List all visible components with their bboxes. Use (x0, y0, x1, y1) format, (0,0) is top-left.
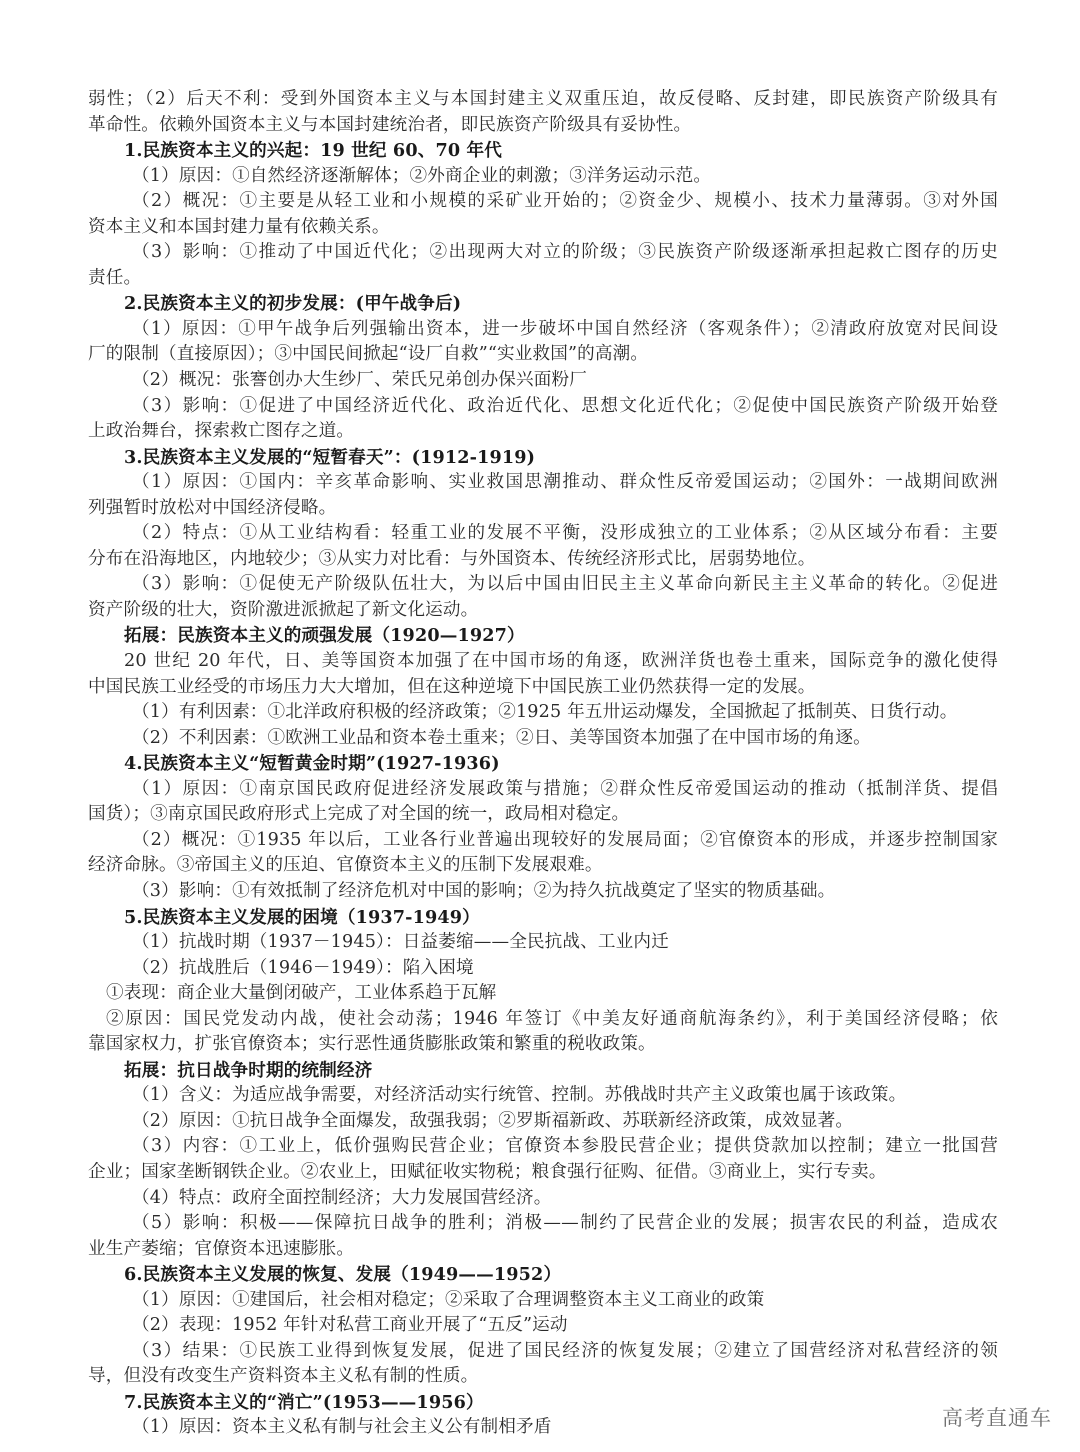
text-line: 上政治舞台，探索救亡图存之道。 (88, 419, 998, 445)
text-line: （2）概况：①主要是从轻工业和小规模的采矿业开始的；②资金少、规模小、技术力量薄… (88, 189, 998, 215)
text-line: 导，但没有改变生产资料资本主义私有制的性质。 (88, 1364, 998, 1390)
text-line: 靠国家权力，扩张官僚资本；实行恶性通货膨胀政策和繁重的税收政策。 (88, 1032, 998, 1058)
text-line: （1）原因：①自然经济逐渐解体；②外商企业的刺激；③洋务运动示范。 (88, 164, 998, 190)
section-heading: 7.民族资本主义的“消亡”(1953——1956） (88, 1390, 998, 1416)
text-line: 分布在沿海地区，内地较少；③从实力对比看：与外国资本、传统经济形式比，居弱势地位… (88, 547, 998, 573)
text-line: （1）抗战时期（1937－1945）：日益萎缩——全民抗战、工业内迁 (88, 930, 998, 956)
text-line: 业生产萎缩；官僚资本迅速膨胀。 (88, 1237, 998, 1263)
text-line: （2）原因：①抗日战争全面爆发，敌强我弱；②罗斯福新政、苏联新经济政策，成效显著… (88, 1109, 998, 1135)
text-line: （2）概况：张謇创办大生纱厂、荣氏兄弟创办保兴面粉厂 (88, 368, 998, 394)
text-line: 国货）；③南京国民政府形式上完成了对全国的统一，政局相对稳定。 (88, 802, 998, 828)
text-line: （2）特点：①从工业结构看：轻重工业的发展不平衡，没形成独立的工业体系；②从区域… (88, 521, 998, 547)
text-line: 企业；国家垄断钢铁企业。②农业上，田赋征收实物税；粮食强行征购、征借。③商业上，… (88, 1160, 998, 1186)
text-line: 中国民族工业经受的市场压力大大增加，但在这种逆境下中国民族工业仍然获得一定的发展… (88, 675, 998, 701)
section-heading: 6.民族资本主义发展的恢复、发展（1949——1952） (88, 1262, 998, 1288)
text-line: ②原因：国民党发动内战，使社会动荡；1946 年签订《中美友好通商航海条约》，利… (88, 1007, 998, 1033)
text-line: ①表现：商企业大量倒闭破产，工业体系趋于瓦解 (88, 981, 998, 1007)
text-line: （1）原因：①建国后，社会相对稳定；②采取了合理调整资本主义工商业的政策 (88, 1288, 998, 1314)
text-line: 经济命脉。③帝国主义的压迫、官僚资本主义的压制下发展艰难。 (88, 853, 998, 879)
watermark: 高考直通车 (942, 1402, 1052, 1432)
section-heading: 1.民族资本主义的兴起：19 世纪 60、70 年代 (88, 138, 998, 164)
text-line: （2）概况：①1935 年以后，工业各行业普遍出现较好的发展局面；②官僚资本的形… (88, 828, 998, 854)
text-line: （3）影响：①有效抵制了经济危机对中国的影响；②为持久抗战奠定了坚实的物质基础。 (88, 879, 998, 905)
text-line: 弱性；（2）后天不利：受到外国资本主义与本国封建主义双重压迫，故反侵略、反封建，… (88, 87, 998, 113)
text-line: （4）特点：政府全面控制经济；大力发展国营经济。 (88, 1186, 998, 1212)
text-line: （1）原因：资本主义私有制与社会主义公有制相矛盾 (88, 1415, 998, 1441)
text-line: （1）原因：①南京国民政府促进经济发展政策与措施；②群众性反帝爱国运动的推动（抵… (88, 777, 998, 803)
text-line: （1）有利因素：①北洋政府积极的经济政策；②1925 年五卅运动爆发，全国掀起了… (88, 700, 998, 726)
text-line: （1）含义：为适应战争需要，对经济活动实行统管、控制。苏俄战时共产主义政策也属于… (88, 1083, 998, 1109)
text-line: 20 世纪 20 年代，日、美等国资本加强了在中国市场的角逐，欧洲洋货也卷土重来… (88, 649, 998, 675)
section-heading: 4.民族资本主义“短暂黄金时期”(1927-1936) (88, 751, 998, 777)
text-line: （3）结果：①民族工业得到恢复发展，促进了国民经济的恢复发展；②建立了国营经济对… (88, 1339, 998, 1365)
text-line: （1）原因：①国内：辛亥革命影响、实业救国思潮推动、群众性反帝爱国运动；②国外：… (88, 470, 998, 496)
text-line: （2）抗战胜后（1946－1949）：陷入困境 (88, 956, 998, 982)
text-line: 厂的限制（直接原因）；③中国民间掀起“设厂自救”“实业救国”的高潮。 (88, 342, 998, 368)
text-line: （3）内容：①工业上，低价强购民营企业；官僚资本参股民营企业；提供贷款加以控制；… (88, 1134, 998, 1160)
text-line: （1）原因：①甲午战争后列强输出资本，进一步破坏中国自然经济（客观条件）；②清政… (88, 317, 998, 343)
text-line: （3）影响：①促使无产阶级队伍壮大，为以后中国由旧民主主义革命向新民主主义革命的… (88, 572, 998, 598)
text-line: 责任。 (88, 266, 998, 292)
text-line: （5）影响：积极——保障抗日战争的胜利；消极——制约了民营企业的发展；损害农民的… (88, 1211, 998, 1237)
text-line: 革命性。依赖外国资本主义与本国封建统治者，即民族资产阶级具有妥协性。 (88, 113, 998, 139)
document-body: 弱性；（2）后天不利：受到外国资本主义与本国封建主义双重压迫，故反侵略、反封建，… (88, 87, 998, 1441)
text-line: 列强暂时放松对中国经济侵略。 (88, 496, 998, 522)
section-heading: 5.民族资本主义发展的困境（1937-1949） (88, 905, 998, 931)
text-line: （2）表现：1952 年针对私营工商业开展了“五反”运动 (88, 1313, 998, 1339)
text-line: （3）影响：①促进了中国经济近代化、政治近代化、思想文化近代化；②促使中国民族资… (88, 394, 998, 420)
section-heading: 拓展：抗日战争时期的统制经济 (88, 1058, 998, 1084)
section-heading: 拓展：民族资本主义的顽强发展（1920—1927） (88, 623, 998, 649)
section-heading: 3.民族资本主义发展的“短暂春天”：(1912-1919) (88, 445, 998, 471)
text-line: 资本主义和本国封建力量有依赖关系。 (88, 215, 998, 241)
text-line: 资产阶级的壮大，资阶激进派掀起了新文化运动。 (88, 598, 998, 624)
section-heading: 2.民族资本主义的初步发展：(甲午战争后) (88, 291, 998, 317)
text-line: （3）影响：①推动了中国近代化；②出现两大对立的阶级；③民族资产阶级逐渐承担起救… (88, 240, 998, 266)
text-line: （2）不利因素：①欧洲工业品和资本卷土重来；②日、美等国资本加强了在中国市场的角… (88, 726, 998, 752)
